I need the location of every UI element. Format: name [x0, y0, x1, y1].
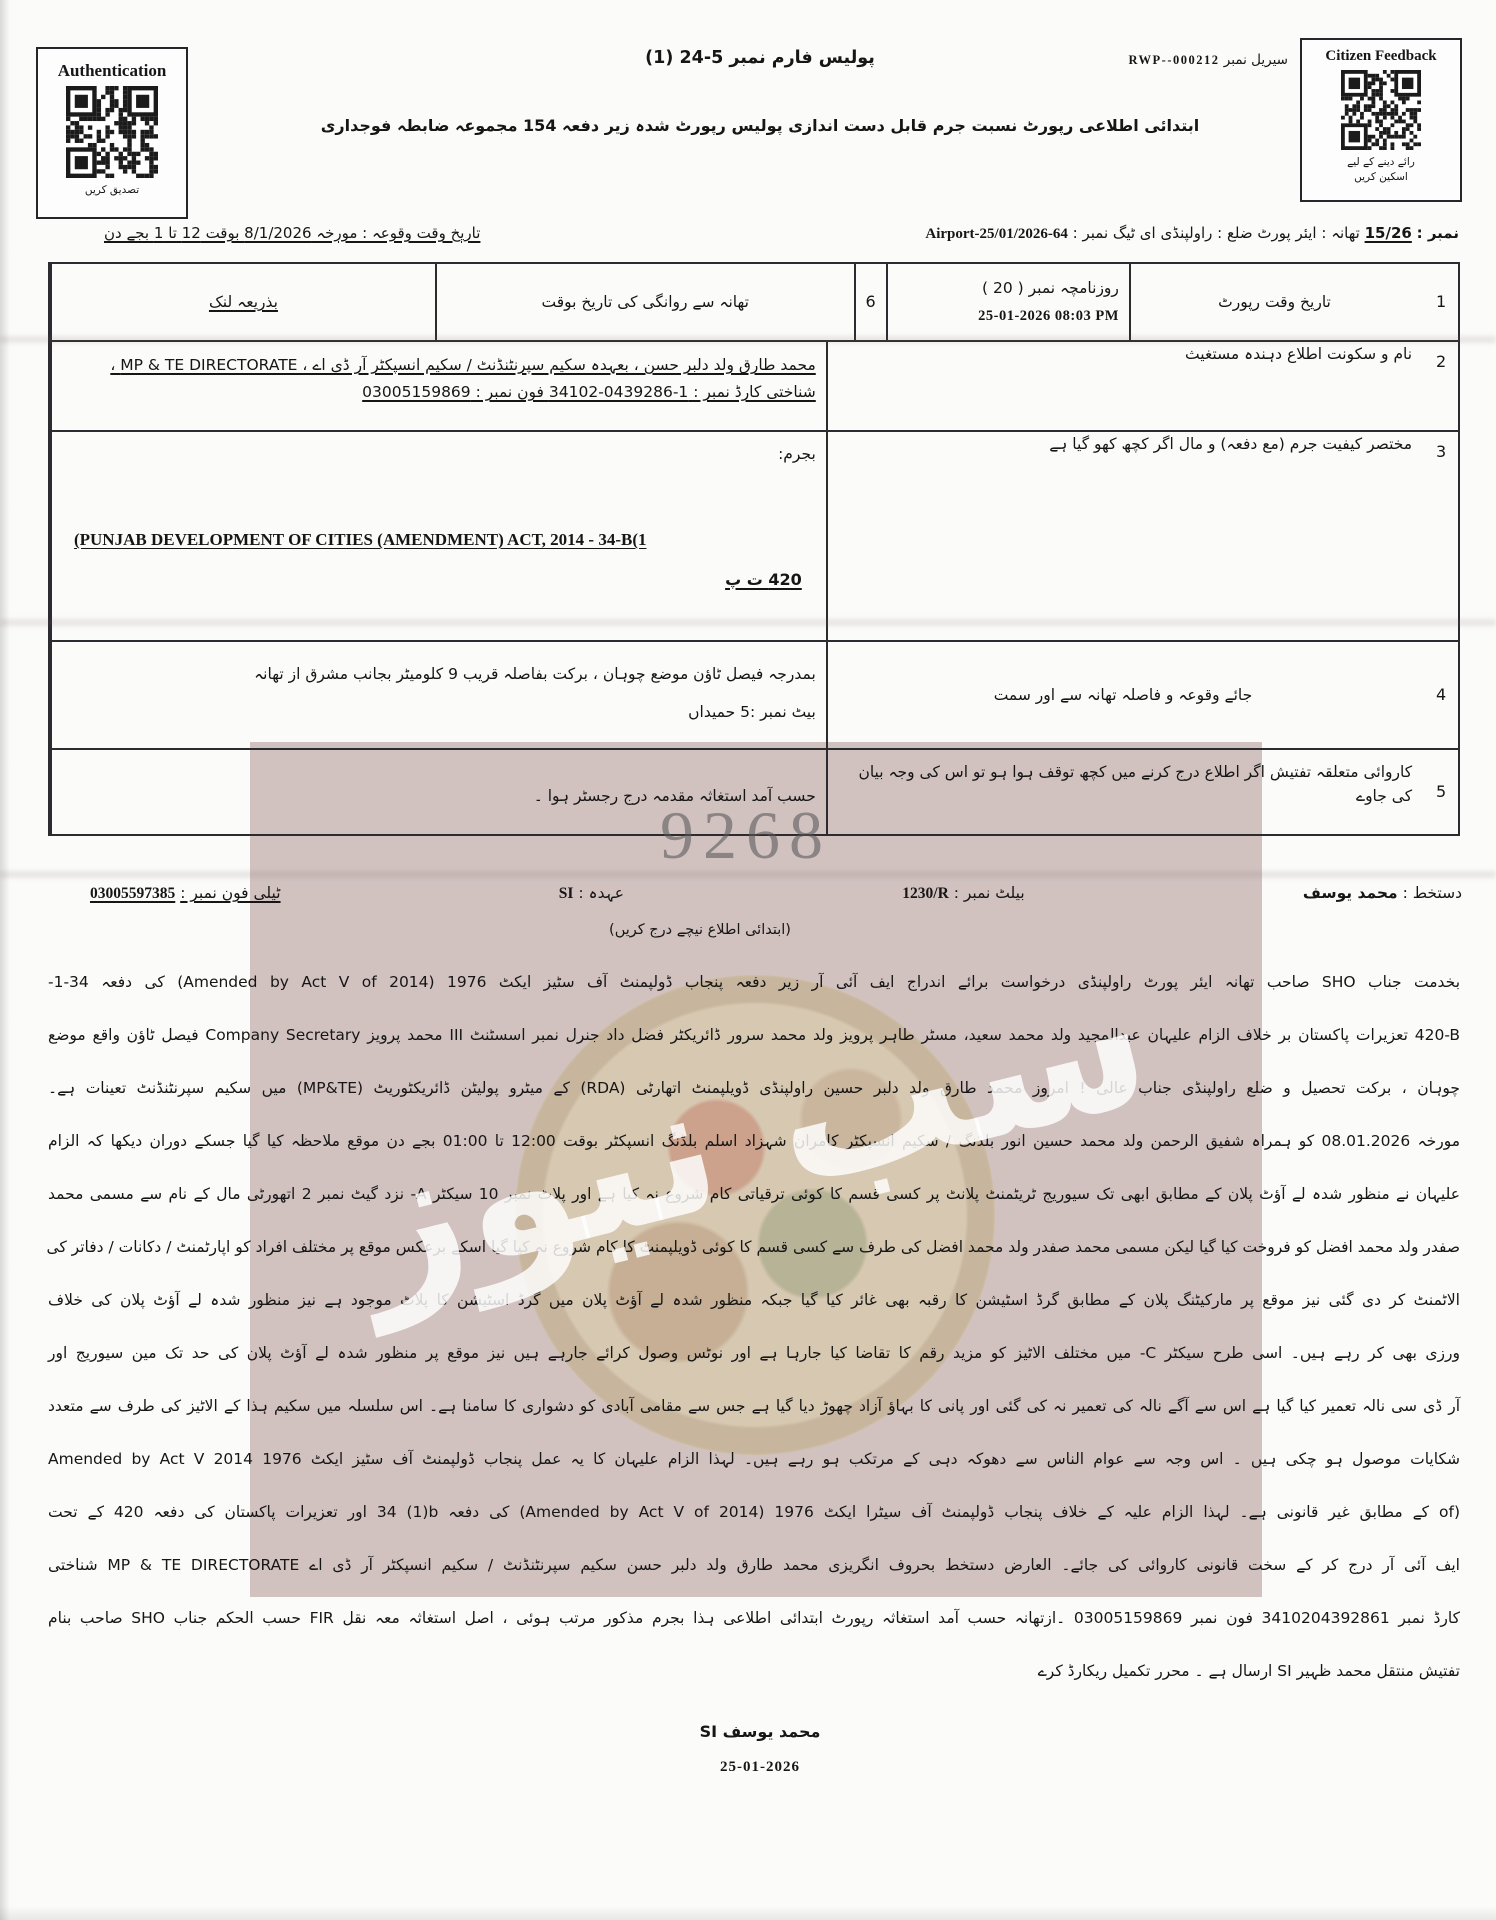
- serial-number-label: سیریل نمبر: [1224, 52, 1288, 68]
- row-3-number: 3: [1424, 432, 1458, 640]
- row-6-number: 6: [854, 264, 886, 340]
- telephone-label: ٹیلی فون نمبر :: [180, 884, 280, 902]
- signoff-date: 25-01-2026: [560, 1759, 960, 1776]
- table-row-2: 2 نام و سکونت اطلاع دہندہ مستغیث محمد طا…: [50, 340, 1458, 430]
- beat-number: بیٹ نمبر :5 حمیداں: [60, 700, 816, 724]
- write-initial-report-note: (ابتدائی اطلاع نیچے درج کریں): [300, 922, 1100, 938]
- row-2-number: 2: [1424, 342, 1458, 430]
- row-2-field-label: نام و سکونت اطلاع دہندہ مستغیث: [826, 342, 1424, 430]
- citizen-feedback-title: Citizen Feedback: [1302, 48, 1460, 65]
- serial-number-value: RWP--000212: [1128, 53, 1219, 67]
- row-1-field-value: روزنامچہ نمبر ( 20 ) 25-01-2026 08:03 PM: [886, 264, 1129, 340]
- rank-value: SI: [559, 885, 574, 903]
- rank-label: عہدہ :: [578, 884, 624, 902]
- form-subtitle: ابتدائی اطلاعی رپورٹ نسبت جرم قابل دست ا…: [24, 116, 1496, 135]
- row-1-number: 1: [1424, 264, 1458, 340]
- authentication-stamp: Authentication تصدیق کریں: [36, 47, 188, 219]
- authentication-title: Authentication: [38, 61, 186, 81]
- row-5-number: 5: [1424, 750, 1458, 834]
- row-2-field-value: محمد طارق ولد دلبر حسن ، بعہدہ سکیم سپرن…: [50, 342, 826, 430]
- scan-edge-shadow-left: [0, 0, 10, 1920]
- officer-signature-group: دستخط : محمد یوسف: [1303, 884, 1462, 902]
- row-5-field-label: کاروائی متعلقہ تفتیش اگر اطلاع درج کرنے …: [826, 750, 1424, 834]
- row-4-field-label: جائے وقوعہ و فاصلہ تھانہ سے اور سمت: [826, 642, 1424, 748]
- narrative-line-13: کارڈ نمبر 3410204392861 فون نمبر 0300515…: [48, 1592, 1460, 1645]
- narrative-line-8: ورزی بھی کر رہے ہیں۔ اسی طرح سیکٹر ⁦-C⁩ …: [48, 1327, 1460, 1380]
- rank-group: عہدہ : SI: [559, 884, 624, 903]
- fir-number-value: 15/26: [1365, 224, 1412, 242]
- table-row-1: 1 تاریخ وقت رپورٹ روزنامچہ نمبر ( 20 ) 2…: [50, 264, 1458, 340]
- offence-section-420: 420 ت پ: [60, 568, 802, 592]
- complainant-name-designation: محمد طارق ولد دلبر حسن ، بعہدہ سکیم سپرن…: [60, 352, 816, 379]
- citizen-feedback-qr-code-icon: [1341, 70, 1421, 150]
- scan-edge-shadow-bottom: [0, 1906, 1496, 1920]
- narrative-line-10: شکایات موصول ہو چکی ہیں ۔ اس وجہ سے عوام…: [48, 1433, 1460, 1486]
- occurrence-datetime-line: تاریخ وقت وقوعہ : مورخہ 8/1/2026 بوقت 12…: [104, 224, 480, 242]
- report-datetime: 25-01-2026 08:03 PM: [896, 304, 1119, 328]
- narrative-line-7: الاٹمنٹ کر دی گئی نیز موقع پر مارکیٹنگ پ…: [48, 1274, 1460, 1327]
- watermark-number: 9268: [660, 796, 832, 875]
- crime-scene-location: بمدرجہ فیصل ٹاؤن موضع چوہان ، برکت بفاصل…: [60, 662, 816, 686]
- telephone-group: ٹیلی فون نمبر : 03005597385: [90, 884, 281, 903]
- belt-number-label: بیلٹ نمبر :: [954, 884, 1025, 902]
- table-row-3: 3 مختصر کیفیت جرم (مع دفعہ) و مال اگر کچ…: [50, 430, 1458, 640]
- complainant-cnic-phone: شناختی کارڈ نمبر : ⁦34102-0439286-1⁩ فون…: [60, 379, 816, 406]
- serial-number: سیریل نمبر RWP--000212: [1128, 52, 1288, 68]
- offence-intro: بجرم:: [60, 442, 816, 466]
- citizen-feedback-caption-2: اسکین کریں: [1302, 171, 1460, 184]
- narrative-line-11: ⁦of)⁩ کے مطابق غیر قانونی ہے۔ لہذا الزام…: [48, 1486, 1460, 1539]
- fir-number-label: نمبر :: [1417, 224, 1459, 242]
- row-1-field-label: تاریخ وقت رپورٹ: [1129, 264, 1424, 340]
- officer-details-line: دستخط : محمد یوسف بیلٹ نمبر : 1230/R عہد…: [90, 884, 1462, 903]
- row-3-field-label: مختصر کیفیت جرم (مع دفعہ) و مال اگر کچھ …: [826, 432, 1424, 640]
- signature-name: محمد یوسف: [1303, 884, 1398, 902]
- row-4-field-value: بمدرجہ فیصل ٹاؤن موضع چوہان ، برکت بفاصل…: [50, 642, 826, 748]
- citizen-feedback-caption-1: رائے دینے کے لیے: [1302, 156, 1460, 169]
- authentication-caption: تصدیق کریں: [38, 184, 186, 197]
- fir-reference-line: نمبر : 15/26 تھانہ : ایئر پورٹ ضلع : راو…: [925, 224, 1459, 243]
- signoff-officer-name: محمد یوسف SI: [560, 1722, 960, 1741]
- fir-document-page: 9268 Authentication تصدیق کریں پولیس فار…: [0, 0, 1496, 1920]
- station-district-text: تھانہ : ایئر پورٹ ضلع : راولپنڈی ای ٹیگ …: [1073, 224, 1360, 242]
- signature-label: دستخط :: [1403, 884, 1462, 902]
- departure-via-link: بذریعہ لنک: [209, 290, 278, 314]
- narrative-line-12: ایف آئی آر درج کر کے سخت قانونی کاروائی …: [48, 1539, 1460, 1592]
- authentication-qr-code-icon: [66, 86, 158, 178]
- telephone-value: 03005597385: [90, 885, 175, 903]
- narrative-line-1: بخدمت جناب SHO صاحب تھانہ ایئر پورٹ راول…: [48, 956, 1460, 1009]
- daily-diary-number: روزنامچہ نمبر ( 20 ): [896, 276, 1119, 300]
- row-6-field-value: بذریعہ لنک: [50, 264, 435, 340]
- table-row-4: 4 جائے وقوعہ و فاصلہ تھانہ سے اور سمت بم…: [50, 640, 1458, 748]
- narrative-line-14: تفتیش منتقل محمد ظہیر SI ارسال ہے ۔ محرر…: [48, 1645, 1460, 1698]
- narrative-line-9: آر ڈی سی نالہ تعمیر کیا گیا ہے اس سے آگے…: [48, 1380, 1460, 1433]
- belt-number-group: بیلٹ نمبر : 1230/R: [902, 884, 1024, 903]
- signoff-block: محمد یوسف SI 25-01-2026: [560, 1722, 960, 1776]
- etag-number-value: Airport-25/01/2026-64: [925, 226, 1067, 243]
- belt-number-value: 1230/R: [902, 885, 949, 903]
- row-6-field-label: تھانہ سے روانگی کی تاریخ بوقت: [435, 264, 854, 340]
- fir-table: 1 تاریخ وقت رپورٹ روزنامچہ نمبر ( 20 ) 2…: [48, 262, 1460, 836]
- row-4-number: 4: [1424, 642, 1458, 748]
- row-3-field-value: بجرم: (PUNJAB DEVELOPMENT OF CITIES (AME…: [50, 432, 826, 640]
- citizen-feedback-stamp: Citizen Feedback رائے دینے کے لیے اسکین …: [1300, 38, 1462, 202]
- offence-act-citation: (PUNJAB DEVELOPMENT OF CITIES (AMENDMENT…: [60, 528, 812, 552]
